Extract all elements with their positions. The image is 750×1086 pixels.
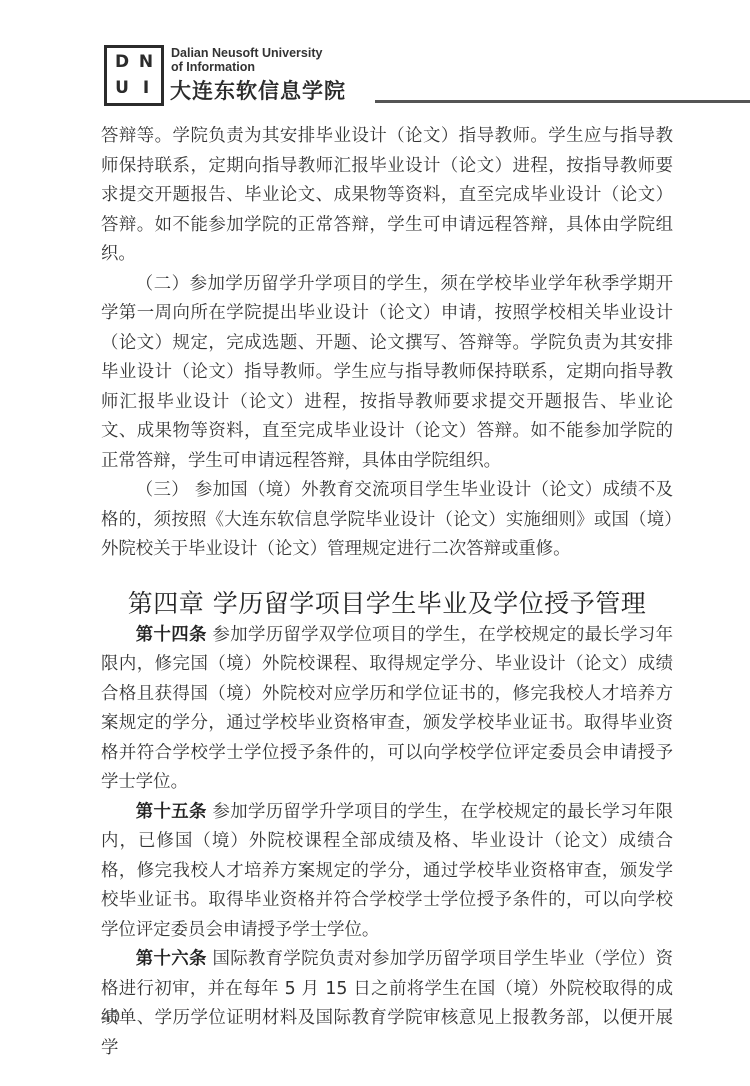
university-name-en-line2: of Information — [171, 60, 322, 74]
logo-letter: N — [139, 54, 153, 71]
article-paragraph: 第十四条 参加学历留学双学位项目的学生，在学校规定的最长学习年限内，修完国（境）… — [101, 621, 673, 798]
university-logo: D N U I — [104, 45, 164, 106]
article-paragraph: 第十五条 参加学历留学升学项目的学生，在学校规定的最长学习年限内，已修国（境）外… — [101, 798, 673, 946]
paragraph: （三） 参加国（境）外教育交流项目学生毕业设计（论文）成绩不及格的，须按照《大连… — [101, 476, 673, 565]
paragraph: 答辩等。学院负责为其安排毕业设计（论文）指导教师。学生应与指导教师保持联系，定期… — [101, 122, 673, 270]
document-body: 答辩等。学院负责为其安排毕业设计（论文）指导教师。学生应与指导教师保持联系，定期… — [101, 122, 673, 1063]
university-name-chinese: 大连东软信息学院 — [170, 78, 346, 104]
article-text: 参加学历留学双学位项目的学生，在学校规定的最长学习年限内，修完国（境）外院校课程… — [101, 625, 673, 793]
header-divider — [375, 100, 750, 103]
university-name-en-line1: Dalian Neusoft University — [171, 46, 322, 60]
article-paragraph: 第十六条 国际教育学院负责对参加学历留学项目学生毕业（学位）资格进行初审，并在每… — [101, 945, 673, 1063]
logo-letter: I — [143, 80, 149, 97]
logo-letter: U — [115, 80, 129, 97]
page-header: D N U I Dalian Neusoft University of Inf… — [0, 0, 750, 115]
article-label: 第十六条 — [136, 949, 207, 969]
university-name-english: Dalian Neusoft University of Information — [171, 46, 322, 74]
article-label: 第十四条 — [136, 625, 207, 645]
logo-letter: D — [115, 54, 129, 71]
article-text: 参加学历留学升学项目的学生，在学校规定的最长学习年限内，已修国（境）外院校课程全… — [101, 802, 673, 940]
paragraph: （二）参加学历留学升学项目的学生，须在学校毕业学年秋季学期开学第一周向所在学院提… — [101, 270, 673, 477]
article-label: 第十五条 — [136, 802, 207, 822]
page-number: 40 — [101, 1007, 120, 1027]
chapter-title: 第四章 学历留学项目学生毕业及学位授予管理 — [101, 587, 673, 621]
